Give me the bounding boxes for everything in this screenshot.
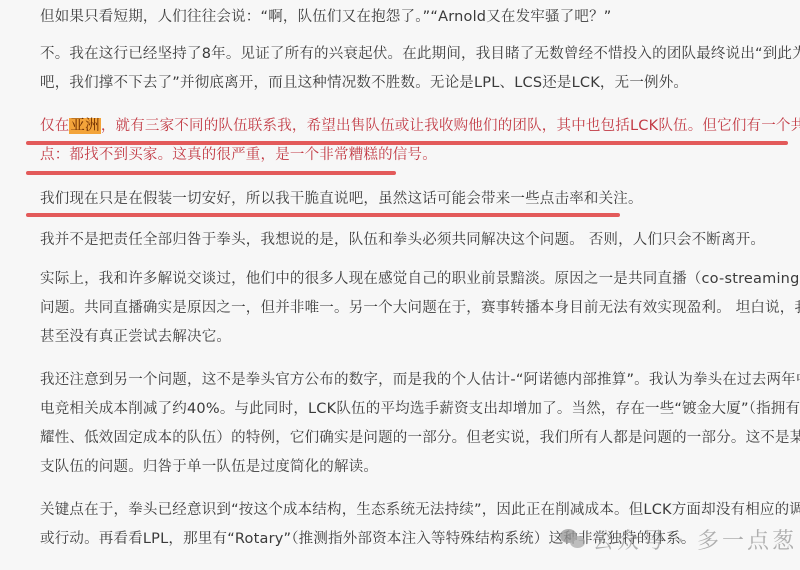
paragraph-line: 关键点在于，拳头已经意识到“按这个成本结构，生态系统无法持续”，因此正在削减成本… xyxy=(40,496,788,525)
paragraph-line: 耀性、低效固定成本的队伍）的特例，它们确实是问题的一部分。但老实说，我们所有人都… xyxy=(40,424,788,453)
red-underline xyxy=(26,141,788,145)
paragraph-line: 我们现在只是在假装一切安好，所以我干脆直说吧，虽然这话可能会带来一些点击率和关注… xyxy=(40,185,788,214)
paragraph-line: 吧，我们撑不下去了”并彻底离开，而且这种情况数不胜数。无论是LPL、LCS还是L… xyxy=(40,69,788,98)
paragraph-line: 但如果只看短期，人们往往会说：“啊，队伍们又在抱怨了。”“Arnold又在发牢骚… xyxy=(40,3,788,32)
paragraph-line: 我还注意到另一个问题，这不是拳头官方公布的数字，而是我的个人估计-“阿诺德内部推… xyxy=(40,366,788,395)
paragraph-4-underlined: 我们现在只是在假装一切安好，所以我干脆直说吧，虽然这话可能会带来一些点击率和关注… xyxy=(40,185,788,214)
wechat-icon xyxy=(560,529,586,551)
text-prefix: 仅在 xyxy=(40,118,69,134)
paragraph-line: 不。我在这行已经坚持了8年。见证了所有的兴衰起伏。在此期间，我目睹了无数曾经不惜… xyxy=(40,40,788,69)
paragraph-line: 点：都找不到买家。这真的很严重，是一个非常糟糕的信号。 xyxy=(40,141,788,170)
paragraph-line: 甚至没有真正尝试去解决它。 xyxy=(40,323,788,352)
paragraph-line: 我并不是把责任全部归咎于拳头，我想说的是，队伍和拳头必须共同解决这个问题。 否则… xyxy=(40,226,788,255)
paragraph-6: 实际上，我和许多解说交谈过，他们中的很多人现在感觉自己的职业前景黯淡。原因之一是… xyxy=(40,265,788,352)
text-rest: ，就有三家不同的队伍联系我，希望出售队伍或让我收购他们的团队，其中也包括LCK队… xyxy=(101,118,800,134)
paragraph-5: 我并不是把责任全部归咎于拳头，我想说的是，队伍和拳头必须共同解决这个问题。 否则… xyxy=(40,226,788,255)
red-underline xyxy=(26,171,396,175)
paragraph-7: 我还注意到另一个问题，这不是拳头官方公布的数字，而是我的个人估计-“阿诺德内部推… xyxy=(40,366,788,482)
paragraph-line: 电竞相关成本削减了约40%。与此同时，LCK队伍的平均选手薪资支出却增加了。当然… xyxy=(40,395,788,424)
paragraph-line: 实际上，我和许多解说交谈过，他们中的很多人现在感觉自己的职业前景黯淡。原因之一是… xyxy=(40,265,788,294)
paragraph-2: 不。我在这行已经坚持了8年。见证了所有的兴衰起伏。在此期间，我目睹了无数曾经不惜… xyxy=(40,40,788,98)
watermark: 公众号 · 多一点葱 xyxy=(560,524,797,555)
highlighted-word: 亚洲 xyxy=(69,118,100,134)
red-underline xyxy=(26,213,620,217)
paragraph-1: 但如果只看短期，人们往往会说：“啊，队伍们又在抱怨了。”“Arnold又在发牢骚… xyxy=(40,3,788,32)
paragraph-line: 支队伍的问题。归咎于单一队伍是过度简化的解读。 xyxy=(40,453,788,482)
paragraph-line: 仅在亚洲，就有三家不同的队伍联系我，希望出售队伍或让我收购他们的团队，其中也包括… xyxy=(40,112,788,141)
watermark-text: 公众号 · 多一点葱 xyxy=(592,524,797,555)
paragraph-line: 问题。共同直播确实是原因之一，但并非唯一。另一个大问题在于，赛事转播本身目前无法… xyxy=(40,294,788,323)
